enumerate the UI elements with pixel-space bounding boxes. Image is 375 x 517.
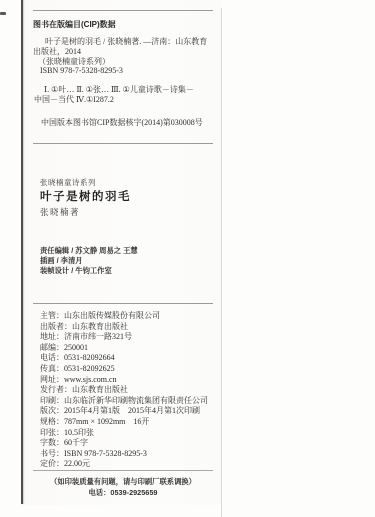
colophon-line: 印张：10.5印张	[40, 428, 208, 439]
colophon-block: 主管：山东出版传媒股份有限公司出版者：山东教育出版社地址：济南市纬一路321号邮…	[40, 311, 208, 470]
book-spine-shadow	[21, 0, 23, 504]
colophon-line: 定价：22.00元	[40, 459, 208, 470]
quality-notice: （如印装质量有问题，请与印刷厂联系调换）	[33, 476, 213, 487]
cip-classification-block: Ⅰ. ①叶… Ⅱ. ①张… Ⅲ. ①儿童诗歌－诗集－ 中国－当代 Ⅳ.①I287…	[34, 85, 220, 105]
divider-before-colophon	[33, 303, 213, 304]
cip-class-line-1: Ⅰ. ①叶… Ⅱ. ①张… Ⅲ. ①儿童诗歌－诗集－	[34, 85, 220, 95]
colophon-line: 传真：0531-82092625	[40, 364, 208, 375]
divider-top	[33, 10, 213, 11]
cip-title-line-1: 叶子是树的羽毛 / 张晓楠著. —济南：山东教育	[33, 37, 219, 47]
scanned-copyright-page: 图书在版编目(CIP)数据 叶子是树的羽毛 / 张晓楠著. —济南：山东教育 出…	[0, 0, 375, 517]
credit-line: 插画 / 李清月	[40, 256, 138, 266]
colophon-line: 发行者：山东教育出版社	[40, 385, 208, 396]
scan-edge-mark	[0, 12, 6, 15]
colophon-line: 地址：济南市纬一路321号	[40, 332, 208, 343]
page-edge-line	[221, 8, 222, 517]
colophon-line: 书号：ISBN 978-7-5328-8295-3	[40, 449, 208, 460]
colophon-line: 主管：山东出版传媒股份有限公司	[40, 311, 208, 322]
printer-phone: 电话：0539-2925659	[33, 487, 213, 498]
colophon-line: 版次：2015年4月第1版 2015年4月第1次印刷	[40, 406, 208, 417]
cip-class-line-2: 中国－当代 Ⅳ.①I287.2	[34, 95, 220, 105]
cip-heading: 图书在版编目(CIP)数据	[33, 19, 116, 30]
footer-notice-block: （如印装质量有问题，请与印刷厂联系调换） 电话：0539-2925659	[33, 476, 213, 498]
colophon-line: 字数：60千字	[40, 438, 208, 449]
cip-title-line-2: 出版社，2014	[33, 47, 219, 57]
divider-before-footer	[33, 470, 213, 471]
colophon-line: 规格：787mm × 1092mm 16开	[40, 417, 208, 428]
colophon-line: 电话：0531-82092664	[40, 353, 208, 364]
book-author: 张晓楠著	[40, 206, 80, 218]
cip-record-number: 中国版本图书馆CIP数据核字(2014)第030008号	[41, 117, 203, 128]
credit-line: 责任编辑 / 苏文静 周易之 王慧	[40, 246, 138, 256]
cip-data-block: 叶子是树的羽毛 / 张晓楠著. —济南：山东教育 出版社，2014 （张晓楠童诗…	[33, 37, 219, 76]
divider-after-cip	[33, 143, 213, 144]
credit-line: 装帧设计 / 牛钧工作室	[40, 266, 138, 276]
colophon-line: 印刷：山东临沂新华印刷物流集团有限责任公司	[40, 396, 208, 407]
book-title: 叶子是树的羽毛	[40, 188, 131, 204]
colophon-line: 出版者：山东教育出版社	[40, 322, 208, 333]
credits-block: 责任编辑 / 苏文静 周易之 王慧插画 / 李清月装帧设计 / 牛钧工作室	[40, 246, 138, 275]
colophon-line: 邮编：250001	[40, 343, 208, 354]
series-name: 张晓楠童诗系列	[40, 177, 96, 188]
colophon-line: 网址：www.sjs.com.cn	[40, 375, 208, 386]
cip-series-line: （张晓楠童诗系列）	[33, 57, 219, 67]
cip-isbn-line: ISBN 978-7-5328-8295-3	[33, 66, 219, 76]
